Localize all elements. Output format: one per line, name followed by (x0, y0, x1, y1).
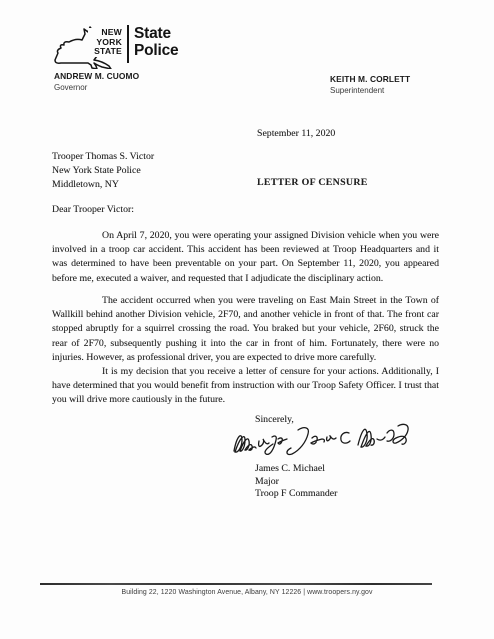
footer-divider (40, 583, 432, 585)
recipient-line: Middletown, NY (52, 178, 154, 192)
signer-name: James C. Michael (255, 463, 337, 476)
letter-subject: LETTER OF CENSURE (257, 177, 368, 188)
logo-newyorkstate-text: NEW YORK STATE (88, 28, 122, 57)
signature-block: James C. Michael Major Troop F Commander (255, 463, 337, 501)
handwritten-signature (230, 423, 410, 463)
governor-title: Governor (54, 83, 139, 92)
logo-dept-line1: State (134, 26, 178, 43)
footer-address: Building 22, 1220 Washington Avenue, Alb… (0, 589, 494, 596)
logo-agency-name: State Police (134, 26, 178, 59)
signer-rank: Major (255, 476, 337, 489)
recipient-line: New York State Police (52, 164, 154, 178)
recipient-address: Trooper Thomas S. Victor New York State … (52, 150, 154, 191)
paragraph-2: The accident occurred when you were trav… (52, 294, 439, 365)
logo-divider (127, 25, 129, 63)
logo-line-state: STATE (90, 47, 122, 57)
governor-block: ANDREW M. CUOMO Governor (54, 71, 139, 92)
salutation: Dear Trooper Victor: (52, 204, 134, 215)
superintendent-block: KEITH M. CORLETT Superintendent (330, 74, 410, 95)
paragraph-1: On April 7, 2020, you were operating you… (52, 229, 439, 286)
governor-name: ANDREW M. CUOMO (54, 71, 139, 81)
letter-date: September 11, 2020 (257, 128, 335, 139)
superintendent-name: KEITH M. CORLETT (330, 74, 410, 84)
letter-page: NEW YORK STATE State Police ANDREW M. CU… (0, 0, 494, 639)
logo-dept-line2: Police (134, 43, 178, 60)
recipient-line: Trooper Thomas S. Victor (52, 150, 154, 164)
paragraph-3: It is my decision that you receive a let… (52, 365, 439, 408)
signer-title: Troop F Commander (255, 488, 337, 501)
superintendent-title: Superintendent (330, 86, 410, 95)
